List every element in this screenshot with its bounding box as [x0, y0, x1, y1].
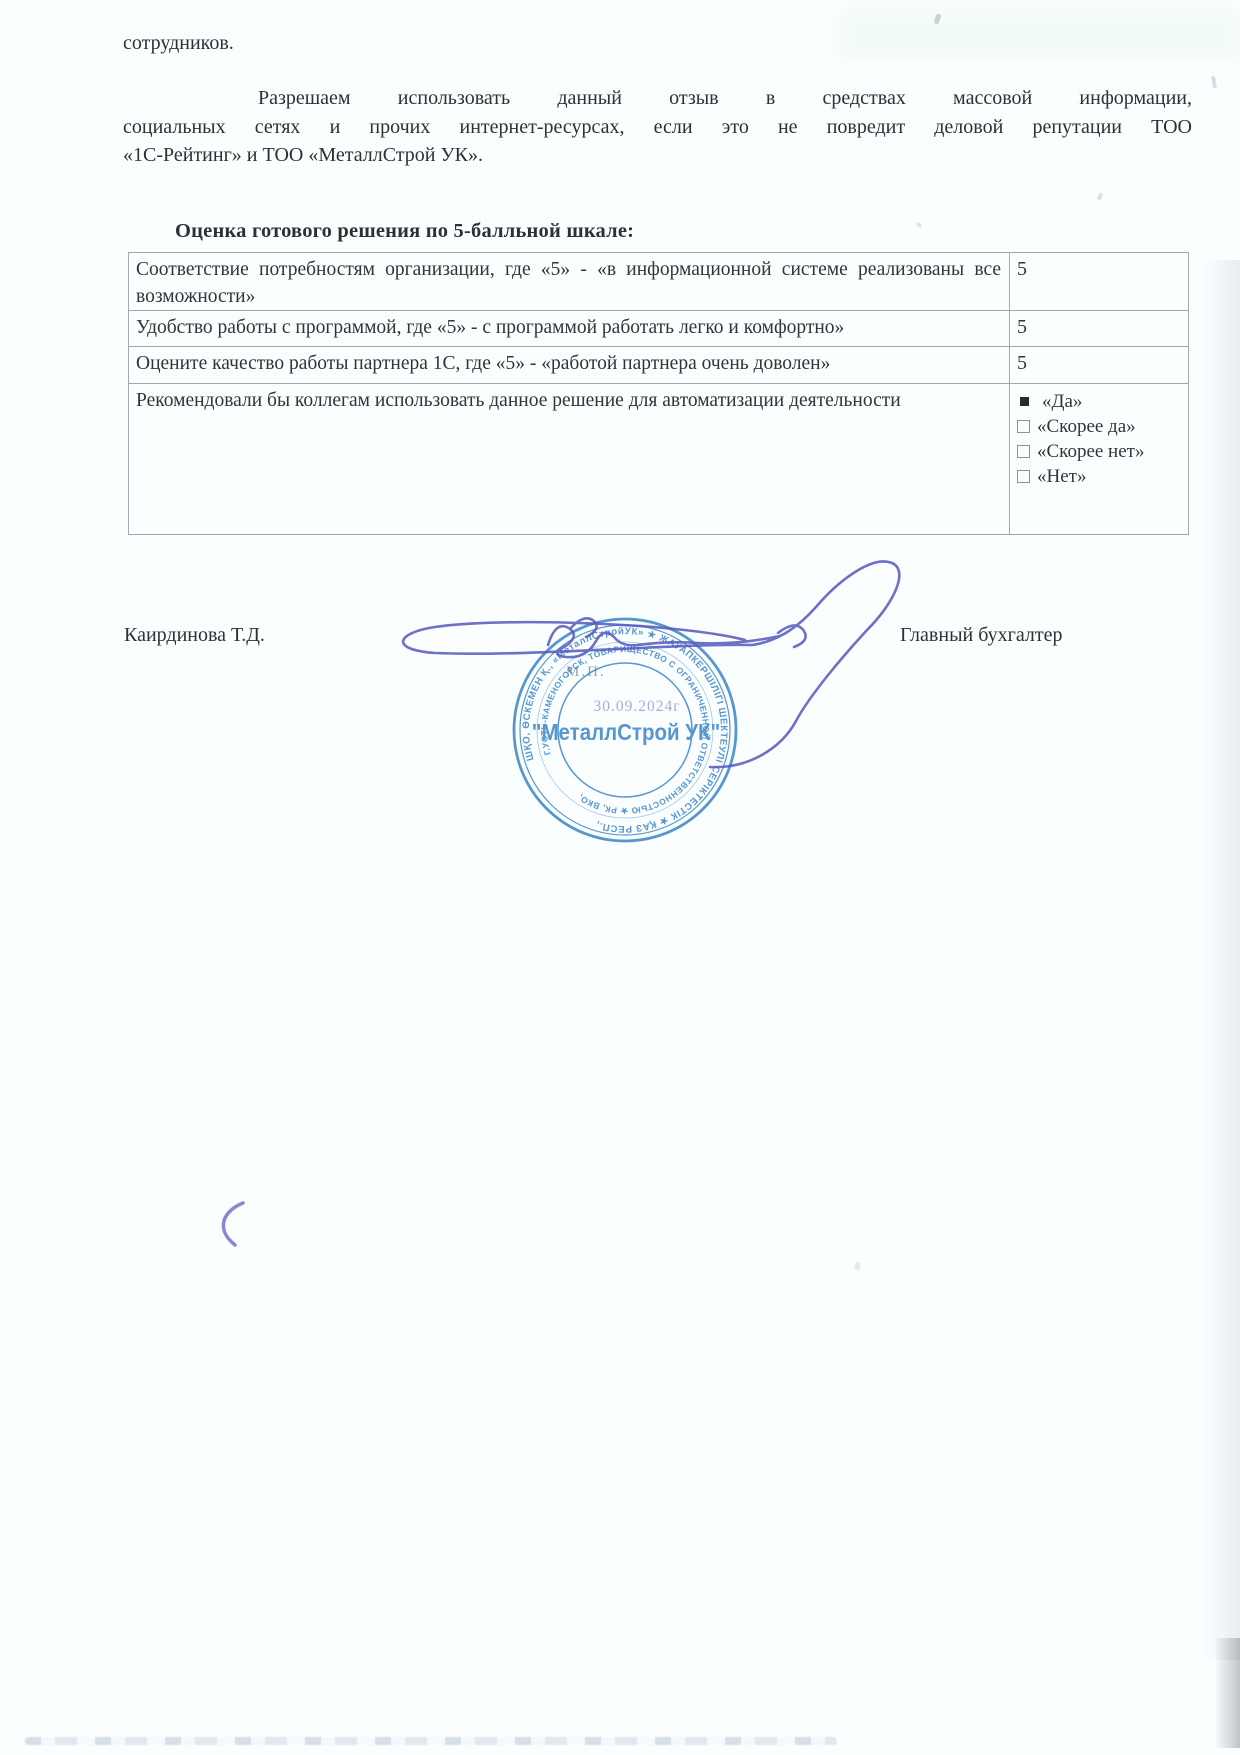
scan-bottom-band: [25, 1737, 837, 1745]
score-cell: 5: [1010, 311, 1189, 347]
table-row: Оцените качество работы партнера 1С, где…: [129, 347, 1189, 384]
checkbox-empty-icon: [1017, 470, 1030, 483]
option-no: «Нет»: [1017, 464, 1180, 489]
criterion-cell: Рекомендовали бы коллегам использовать д…: [129, 384, 1010, 535]
scan-speck: [915, 222, 922, 229]
option-label: «Скорее да»: [1037, 414, 1136, 439]
scan-speck: [1211, 76, 1217, 89]
score-cell: 5: [1010, 347, 1189, 384]
option-rather-yes: «Скорее да»: [1017, 414, 1180, 439]
page-edge-shadow-bottom: [1216, 1638, 1240, 1748]
signer-name: Каирдинова Т.Д.: [124, 624, 265, 647]
rating-heading: Оценка готового решения по 5-балльной шк…: [175, 220, 634, 243]
scan-speck: [1097, 192, 1104, 200]
table-row: Рекомендовали бы коллегам использовать д…: [129, 384, 1189, 535]
option-label: «Да»: [1042, 389, 1082, 414]
intro-fragment-text: сотрудников.: [123, 30, 234, 56]
paragraph-line: «1С-Рейтинг» и ТОО «МеталлСтрой УК».: [123, 141, 1192, 170]
checkbox-empty-icon: [1017, 445, 1030, 458]
checkbox-empty-icon: [1017, 420, 1030, 433]
options-cell: «Да» «Скорее да» «Скорее нет» «Нет»: [1010, 384, 1189, 535]
option-label: «Нет»: [1037, 464, 1086, 489]
table-row: Удобство работы с программой, где «5» - …: [129, 311, 1189, 347]
option-yes: «Да»: [1017, 389, 1180, 414]
scan-speck: [854, 1261, 861, 1270]
option-label: «Скорее нет»: [1037, 439, 1144, 464]
scanned-review-page: сотрудников. Разрешаем использовать данн…: [0, 0, 1240, 1755]
paragraph-line: социальных сетях и прочих интернет-ресур…: [123, 113, 1192, 142]
rating-table: Соответствие потребностям организации, г…: [128, 252, 1189, 535]
criterion-cell: Удобство работы с программой, где «5» - …: [129, 311, 1010, 347]
table-row: Соответствие потребностям организации, г…: [129, 253, 1189, 311]
criterion-cell: Соответствие потребностям организации, г…: [129, 253, 1010, 311]
checkbox-checked-icon: [1020, 397, 1029, 406]
criterion-cell: Оцените качество работы партнера 1С, где…: [129, 347, 1010, 384]
scan-tint-artifact: [840, 8, 1240, 60]
paragraph-line: Разрешаем использовать данный отзыв в ср…: [123, 84, 1192, 113]
permission-paragraph: Разрешаем использовать данный отзыв в ср…: [123, 84, 1192, 170]
signature-ink: [380, 545, 930, 790]
page-edge-shadow: [1202, 260, 1240, 1660]
stray-pen-mark: [205, 1195, 260, 1255]
score-cell: 5: [1010, 253, 1189, 311]
option-rather-no: «Скорее нет»: [1017, 439, 1180, 464]
recommend-options: «Да» «Скорее да» «Скорее нет» «Нет»: [1017, 387, 1180, 489]
